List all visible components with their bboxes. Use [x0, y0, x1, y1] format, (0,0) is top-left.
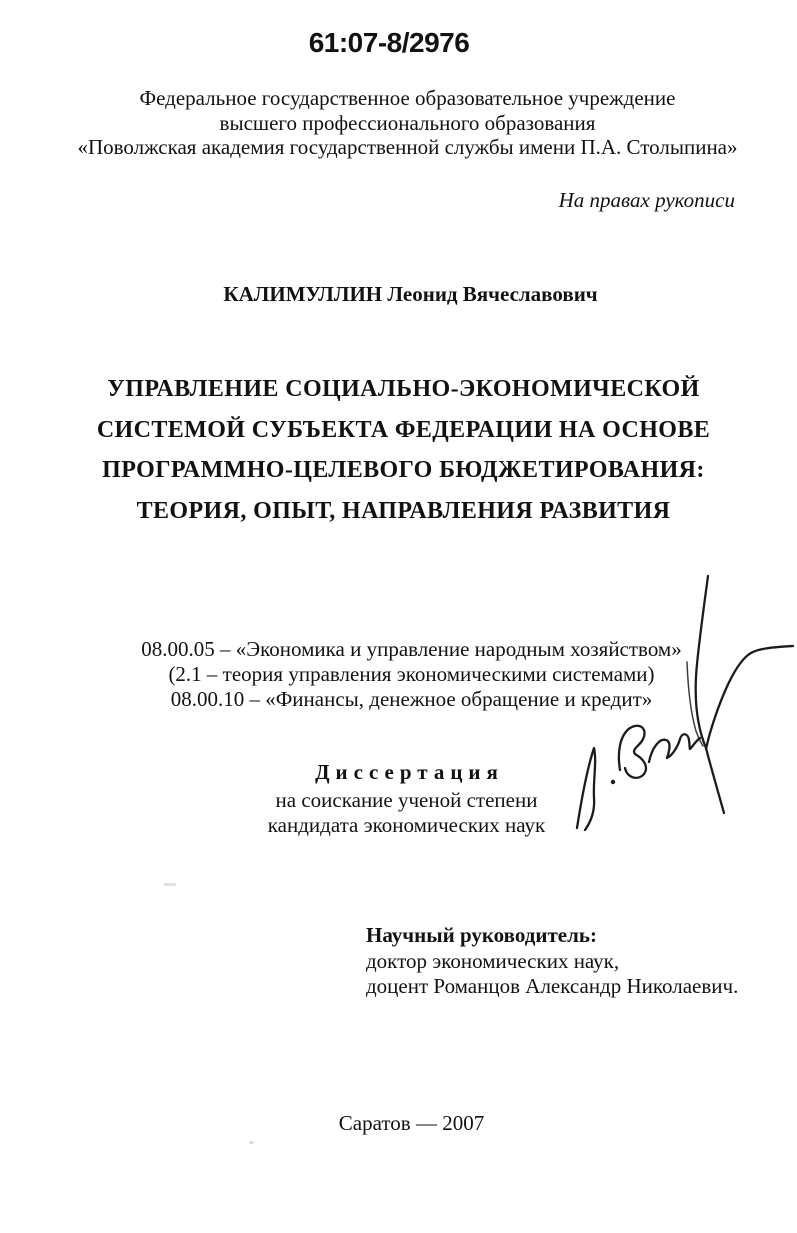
doc-number-stamp: 61:07-8/2976	[0, 26, 778, 60]
title-line-3: ПРОГРАММНО-ЦЕЛЕВОГО БЮДЖЕТИРОВАНИЯ:	[10, 450, 797, 491]
signature-stroke-L	[577, 748, 595, 830]
signature-stroke-tail	[706, 748, 724, 813]
author-name: КАЛИМУЛЛИН Леонид Вячеславович	[24, 282, 797, 307]
title-line-4: ТЕОРИЯ, ОПЫТ, НАПРАВЛЕНИЯ РАЗВИТИЯ	[10, 491, 797, 532]
city-year: Саратов — 2007	[26, 1111, 797, 1136]
dissertation-title: УПРАВЛЕНИЕ СОЦИАЛЬНО-ЭКОНОМИЧЕСКОЙ СИСТЕ…	[10, 369, 797, 531]
scan-artifact-dash	[164, 883, 176, 886]
signature-stroke-yach	[649, 734, 700, 762]
signature-stroke-flourish	[706, 646, 793, 749]
scanned-dissertation-title-page: { "colors": { "paper": "#ffffff", "ink":…	[0, 0, 797, 1233]
handwritten-signature	[550, 558, 797, 858]
institution-line-3: «Поволжская академия государственной слу…	[18, 135, 797, 160]
title-line-1: УПРАВЛЕНИЕ СОЦИАЛЬНО-ЭКОНОМИЧЕСКОЙ	[10, 369, 797, 410]
signature-stroke-V	[619, 726, 646, 778]
manuscript-rights-note: На правах рукописи	[559, 188, 735, 212]
signature-dot	[611, 780, 615, 784]
supervisor-block: Научный руководитель: доктор экономическ…	[366, 923, 738, 1000]
institution-name: Федеральное государственное образователь…	[18, 86, 797, 160]
supervisor-heading: Научный руководитель:	[366, 923, 738, 949]
title-line-2: СИСТЕМОЙ СУБЪЕКТА ФЕДЕРАЦИИ НА ОСНОВЕ	[10, 410, 797, 451]
supervisor-line-2: доктор экономических наук,	[366, 949, 738, 975]
institution-line-2: высшего профессионального образования	[18, 111, 797, 136]
supervisor-line-3: доцент Романцов Александр Николаевич.	[366, 974, 738, 1000]
scan-artifact-dot	[249, 1141, 254, 1144]
signature-stroke-tall	[696, 576, 708, 748]
institution-line-1: Федеральное государственное образователь…	[18, 86, 797, 111]
